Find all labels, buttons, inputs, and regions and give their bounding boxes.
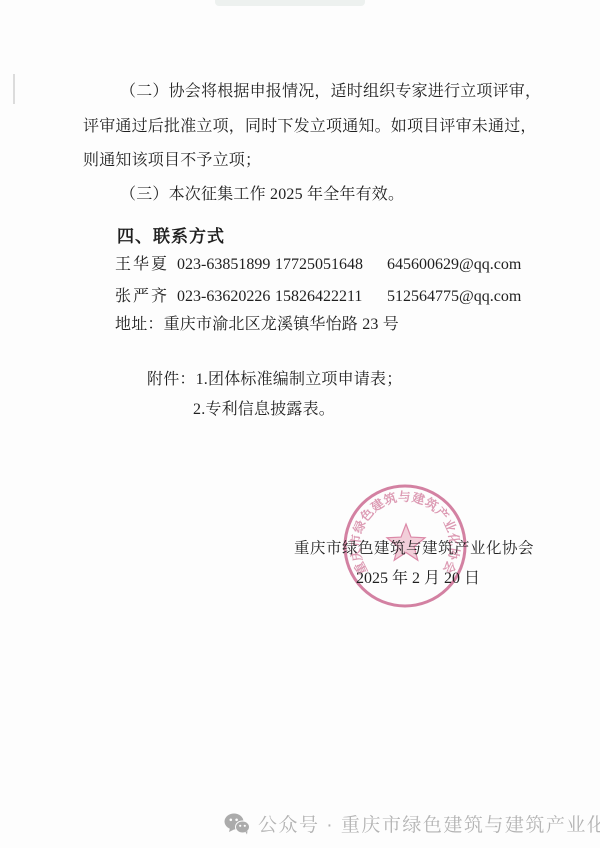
contact-row: 张严齐 023-63620226 15826422211 512564775@q… [115, 283, 521, 306]
contact-email: 512564775@qq.com [387, 288, 521, 306]
contact-email: 645600629@qq.com [387, 256, 521, 274]
contact-phone: 023-63620226 [177, 288, 275, 306]
contact-name: 王华夏 [115, 251, 177, 274]
attachment-line: 附件：1.团体标准编制立项申请表； [147, 366, 402, 389]
body-line: （三）本次征集工作 2025 年全年有效。 [120, 181, 404, 204]
contact-name: 张严齐 [115, 283, 177, 306]
contact-phone: 023-63851899 [177, 256, 275, 274]
signature-date: 2025 年 2 月 20 日 [356, 565, 480, 588]
contact-address: 地址：重庆市渝北区龙溪镇华怡路 23 号 [115, 311, 399, 334]
signature-organization: 重庆市绿色建筑与建筑产业化协会 [294, 536, 534, 558]
footer-public-account: 公众号 · 重庆市绿色建筑与建筑产业化协会 [224, 810, 600, 837]
section-heading-contact: 四、联系方式 [117, 222, 225, 247]
contact-mobile: 17725051648 [275, 256, 387, 274]
wechat-icon [224, 813, 250, 835]
body-line: 则通知该项目不予立项； [83, 147, 261, 170]
scan-artifact-top [215, 0, 365, 6]
contact-mobile: 15826422211 [275, 288, 387, 306]
contact-row: 王华夏 023-63851899 17725051648 645600629@q… [115, 251, 521, 274]
body-line: 评审通过后批准立项，同时下发立项通知。如项目评审未通过， [83, 113, 537, 136]
attachment-line: 2.专利信息披露表。 [193, 396, 335, 419]
scan-artifact-left [13, 74, 15, 104]
footer-text: 公众号 · 重庆市绿色建筑与建筑产业化协会 [258, 810, 600, 837]
body-line: （二）协会将根据申报情况，适时组织专家进行立项评审， [120, 78, 541, 101]
